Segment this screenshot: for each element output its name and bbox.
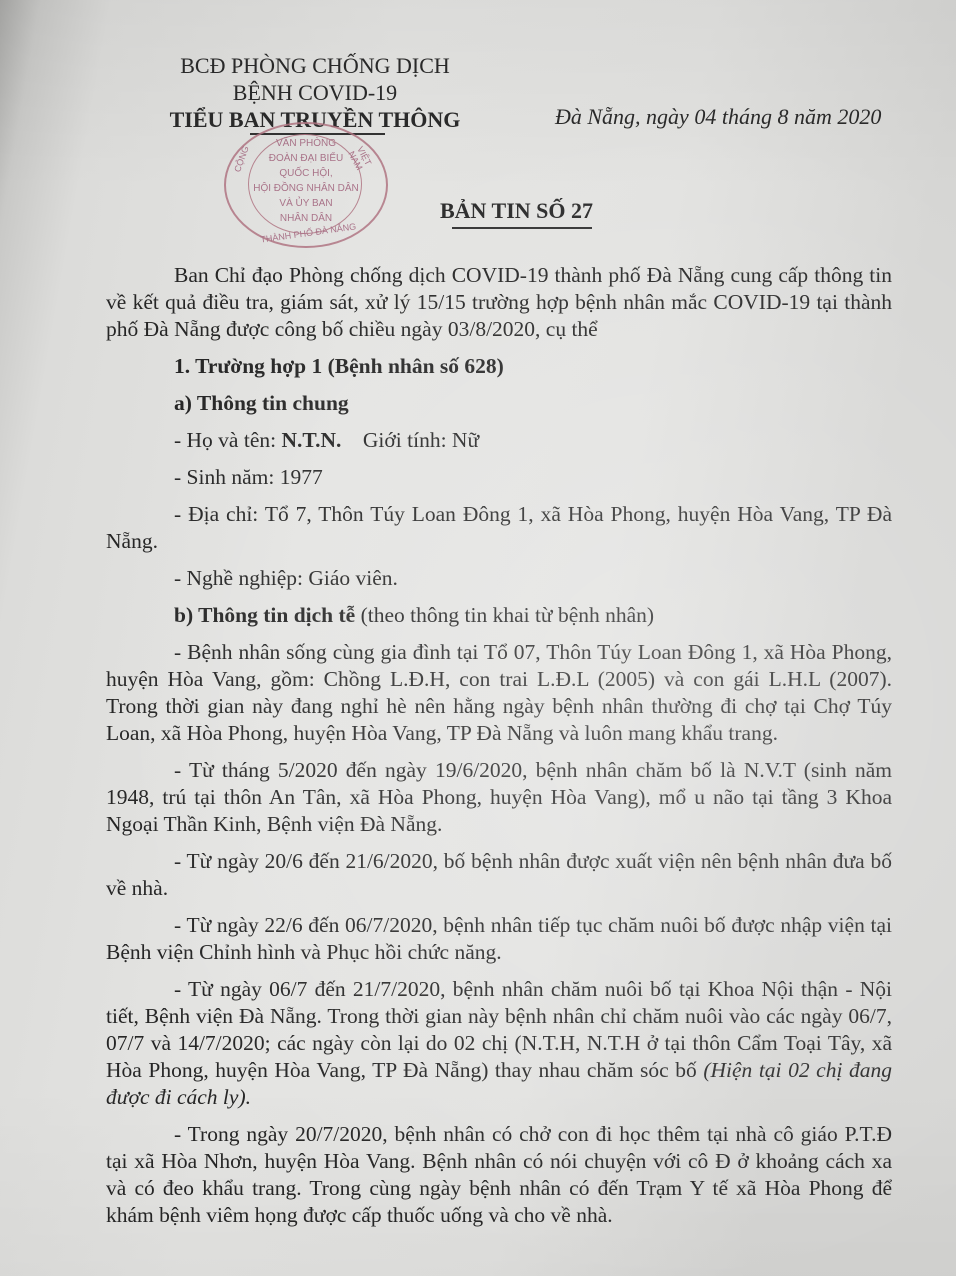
address: - Địa chỉ: Tổ 7, Thôn Túy Loan Đông 1, x…	[106, 501, 892, 555]
epi-paragraph: - Từ ngày 06/7 đến 21/7/2020, bệnh nhân …	[106, 976, 892, 1111]
case-heading: 1. Trường hợp 1 (Bệnh nhân số 628)	[106, 353, 892, 380]
seal-line: NHÂN DÂN	[226, 211, 386, 226]
title-underline	[452, 227, 592, 229]
epidemiology-heading-note: (theo thông tin khai từ bệnh nhân)	[355, 603, 654, 627]
name-gender-line: - Họ và tên: N.T.N. Giới tính: Nữ	[106, 427, 892, 454]
birth-year: - Sinh năm: 1977	[106, 464, 892, 491]
epi-paragraph: - Bệnh nhân sống cùng gia đình tại Tổ 07…	[106, 639, 892, 747]
general-info-heading: a) Thông tin chung	[106, 390, 892, 417]
epi-paragraph: - Từ ngày 20/6 đến 21/6/2020, bố bệnh nh…	[106, 848, 892, 902]
seal-line: VÀ ỦY BAN	[226, 196, 386, 211]
bulletin-title: BẢN TIN SỐ 27	[440, 198, 593, 224]
epi-paragraph: - Từ tháng 5/2020 đến ngày 19/6/2020, bệ…	[106, 757, 892, 838]
document-page: BCĐ PHÒNG CHỐNG DỊCH BỆNH COVID-19 TIỂU …	[0, 0, 956, 1276]
official-seal-stamp: VĂN PHÒNG ĐOÀN ĐẠI BIỂU QUỐC HỘI, HỘI ĐỒ…	[224, 122, 388, 248]
date-line: Đà Nẵng, ngày 04 tháng 8 năm 2020	[555, 104, 881, 130]
issuing-organization: BCĐ PHÒNG CHỐNG DỊCH BỆNH COVID-19 TIỂU …	[150, 52, 480, 133]
name-value: N.T.N.	[281, 428, 341, 452]
epidemiology-heading: b) Thông tin dịch tễ	[174, 603, 355, 627]
gender: Giới tính: Nữ	[363, 428, 479, 452]
epidemiology-heading-line: b) Thông tin dịch tễ (theo thông tin kha…	[106, 602, 892, 629]
name-label: - Họ và tên:	[174, 428, 281, 452]
document-body: Ban Chỉ đạo Phòng chống dịch COVID-19 th…	[106, 262, 892, 1229]
org-line-2: BỆNH COVID-19	[150, 79, 480, 106]
occupation: - Nghề nghiệp: Giáo viên.	[106, 565, 892, 592]
intro-paragraph: Ban Chỉ đạo Phòng chống dịch COVID-19 th…	[106, 262, 892, 343]
epi-paragraph: - Trong ngày 20/7/2020, bệnh nhân có chở…	[106, 1121, 892, 1229]
epi-paragraph: - Từ ngày 22/6 đến 06/7/2020, bệnh nhân …	[106, 912, 892, 966]
org-line-1: BCĐ PHÒNG CHỐNG DỊCH	[150, 52, 480, 79]
